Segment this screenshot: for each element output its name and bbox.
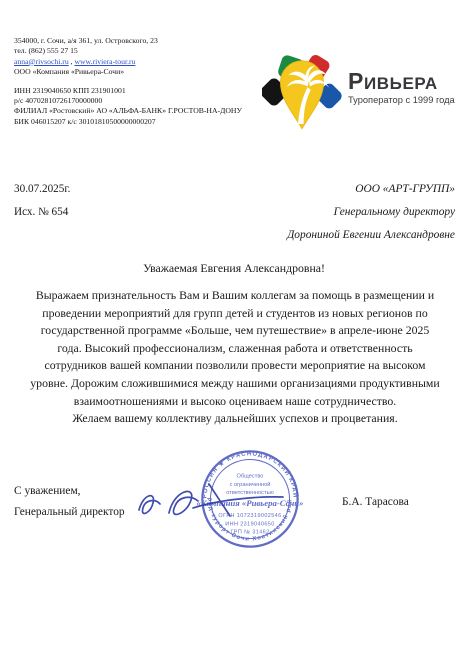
company-logo: Ривьера Туроператор с 1999 года: [262, 50, 455, 134]
sender-contacts: 354000, г. Сочи, а/я 361, ул. Островског…: [14, 36, 242, 127]
palm-pin-logo-icon: [262, 50, 342, 134]
sender-phone: тел. (862) 555 27 15: [14, 46, 242, 56]
sender-bank: ФИЛИАЛ «Ростовский» АО «АЛЬФА-БАНК» Г.РО…: [14, 106, 242, 116]
sender-inn-kpp: ИНН 2319040650 КПП 231901001: [14, 86, 242, 96]
letter-number: Исх. № 654: [14, 201, 70, 224]
sender-email-link[interactable]: anna@rivsochi.ru: [14, 57, 69, 66]
recipient-block: ООО «АРТ-ГРУПП» Генеральному директору Д…: [287, 178, 455, 247]
logo-text: Ривьера Туроператор с 1999 года: [348, 50, 455, 105]
closing-block: С уважением, Генеральный директор: [14, 481, 125, 523]
letter-date: 30.07.2025г.: [14, 178, 70, 201]
salutation: Уважаемая Евгения Александровна!: [0, 261, 468, 276]
brand-name: Ривьера: [348, 70, 455, 95]
sender-address: 354000, г. Сочи, а/я 361, ул. Островског…: [14, 36, 242, 46]
body-paragraph: Выражаем признательность Вам и Вашим кол…: [28, 287, 442, 410]
sender-account: р/с 40702810726170000000: [14, 96, 242, 106]
sender-bik: БИК 046015207 к/с 30101810500000000207: [14, 117, 242, 127]
sender-company: ООО «Компания «Ривьера-Сочи»: [14, 67, 242, 77]
recipient-company: ООО «АРТ-ГРУПП»: [287, 178, 455, 201]
brand-tagline: Туроператор с 1999 года: [348, 95, 455, 105]
signer-name: Б.А. Тарасова: [342, 496, 409, 508]
letter-page: 354000, г. Сочи, а/я 361, ул. Островског…: [0, 0, 468, 645]
sender-website-link[interactable]: www.riviera-tour.ru: [74, 57, 135, 66]
recipient-name: Дорониной Евгении Александровне: [287, 224, 455, 247]
reference-block: 30.07.2025г. Исх. № 654: [14, 178, 70, 224]
handwritten-signature: [133, 474, 291, 536]
sender-links: anna@rivsochi.ru , www.riviera-tour.ru: [14, 57, 242, 67]
closing-regards: С уважением,: [14, 481, 125, 502]
closing-position: Генеральный директор: [14, 502, 125, 523]
letter-body: Выражаем признательность Вам и Вашим кол…: [28, 287, 442, 428]
recipient-position: Генеральному директору: [287, 201, 455, 224]
